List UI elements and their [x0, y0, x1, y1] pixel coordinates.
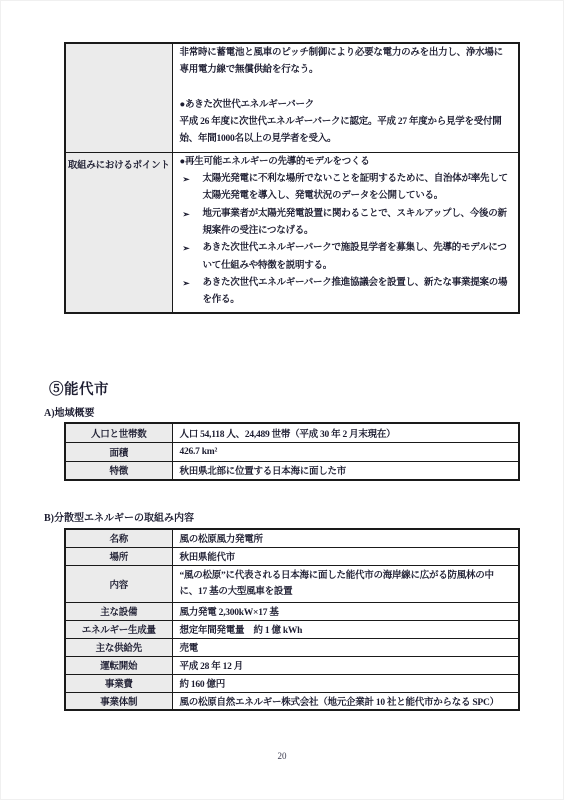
- table-row: 事業費 約 160 億円: [65, 674, 519, 692]
- row-value-cell: 秋田県能代市: [172, 547, 519, 565]
- bullet-text: あきた次世代エネルギーパークで施設見学者を募集し、先導的モデルについて仕組みや特…: [203, 243, 507, 270]
- section-heading: ⑤能代市: [49, 378, 109, 399]
- row-value-cell: 秋田県北部に位置する日本海に面した市: [172, 461, 519, 480]
- table-row: 事業体制 風の松原自然エネルギー株式会社（地元企業計 10 社と能代市からなる …: [65, 692, 519, 710]
- bullet-text: あきた次世代エネルギーパーク推進協議会を設置し、新たな事業提案の場を作る。: [203, 278, 508, 305]
- blank-line: [180, 80, 512, 97]
- table-row: 主な供給先 売電: [65, 638, 519, 656]
- page-number: 20: [1, 751, 563, 761]
- bullet-item: ➢地元事業者が太陽光発電設置に関わることで、スキルアップし、今後の新規案件の受注…: [180, 206, 512, 241]
- paragraph: ●再生可能エネルギーの先導的モデルをつくる: [180, 154, 512, 171]
- row-value-cell: “風の松原”に代表される日本海に面した能代市の海岸線に広がる防風林の中に、17 …: [172, 565, 519, 602]
- table-row: 非常時に蓄電池と風車のピッチ制御により必要な電力のみを出力し、浄水場に専用電力線…: [65, 43, 519, 152]
- row-value-cell: 売電: [172, 638, 519, 656]
- table-row: 面積 426.7 km²: [65, 442, 519, 461]
- table-row: エネルギー生成量 想定年間発電量 約 1 億 kWh: [65, 620, 519, 638]
- area-overview-table: 人口と世帯数 人口 54,118 人、24,489 世帯（平成 30 年 2 月…: [64, 422, 520, 481]
- arrow-bullet-icon: ➢: [183, 206, 190, 223]
- bullet-item: ➢あきた次世代エネルギーパークで施設見学者を募集し、先導的モデルについて仕組みや…: [180, 240, 512, 275]
- row-value-cell: ●再生可能エネルギーの先導的モデルをつくる ➢太陽光発電に不利な場所でないことを…: [172, 152, 519, 313]
- row-value-cell: 非常時に蓄電池と風車のピッチ制御により必要な電力のみを出力し、浄水場に専用電力線…: [172, 43, 519, 152]
- row-header-cell: 人口と世帯数: [65, 423, 172, 442]
- row-header-cell: 面積: [65, 442, 172, 461]
- initiatives-table: 非常時に蓄電池と風車のピッチ制御により必要な電力のみを出力し、浄水場に専用電力線…: [64, 42, 520, 314]
- row-header-cell: 事業費: [65, 674, 172, 692]
- paragraph: 非常時に蓄電池と風車のピッチ制御により必要な電力のみを出力し、浄水場に専用電力線…: [180, 45, 512, 80]
- row-header-cell: エネルギー生成量: [65, 620, 172, 638]
- row-header-cell: [65, 43, 172, 152]
- row-header-cell: 名称: [65, 529, 172, 547]
- bullet-item: ➢あきた次世代エネルギーパーク推進協議会を設置し、新たな事業提案の場を作る。: [180, 275, 512, 310]
- row-value-cell: 約 160 億円: [172, 674, 519, 692]
- energy-initiative-table: 名称 風の松原風力発電所 場所 秋田県能代市 内容 “風の松原”に代表される日本…: [64, 528, 520, 711]
- table-row: 人口と世帯数 人口 54,118 人、24,489 世帯（平成 30 年 2 月…: [65, 423, 519, 442]
- row-header-cell: 事業体制: [65, 692, 172, 710]
- arrow-bullet-icon: ➢: [183, 275, 190, 292]
- paragraph: ●あきた次世代エネルギーパーク: [180, 97, 512, 114]
- row-value-cell: 風力発電 2,300kW×17 基: [172, 602, 519, 620]
- row-header-cell: 運転開始: [65, 656, 172, 674]
- table-row: 場所 秋田県能代市: [65, 547, 519, 565]
- subsection-label-b: B)分散型エネルギーの取組み内容: [44, 509, 194, 524]
- table-row: 取組みにおけるポイント ●再生可能エネルギーの先導的モデルをつくる ➢太陽光発電…: [65, 152, 519, 313]
- row-header-cell: 主な設備: [65, 602, 172, 620]
- row-header-cell: 場所: [65, 547, 172, 565]
- table-row: 主な設備 風力発電 2,300kW×17 基: [65, 602, 519, 620]
- document-page: 非常時に蓄電池と風車のピッチ制御により必要な電力のみを出力し、浄水場に専用電力線…: [0, 0, 564, 800]
- row-header-cell: 特徴: [65, 461, 172, 480]
- paragraph: 平成 26 年度に次世代エネルギーパークに認定。平成 27 年度から見学を受付開…: [180, 114, 512, 149]
- row-value-cell: 想定年間発電量 約 1 億 kWh: [172, 620, 519, 638]
- bullet-text: 太陽光発電に不利な場所でないことを証明するために、自治体が率先して太陽光発電を導…: [203, 174, 508, 201]
- arrow-bullet-icon: ➢: [183, 240, 190, 257]
- table-row: 名称 風の松原風力発電所: [65, 529, 519, 547]
- row-value-cell: 風の松原自然エネルギー株式会社（地元企業計 10 社と能代市からなる SPC）: [172, 692, 519, 710]
- arrow-bullet-icon: ➢: [183, 171, 190, 188]
- row-value-cell: 426.7 km²: [172, 442, 519, 461]
- bullet-text: 地元事業者が太陽光発電設置に関わることで、スキルアップし、今後の新規案件の受注に…: [203, 209, 507, 236]
- bullet-item: ➢太陽光発電に不利な場所でないことを証明するために、自治体が率先して太陽光発電を…: [180, 171, 512, 206]
- row-value-cell: 風の松原風力発電所: [172, 529, 519, 547]
- row-header-cell: 内容: [65, 565, 172, 602]
- subsection-label-a: A)地域概要: [44, 404, 95, 419]
- row-value-cell: 人口 54,118 人、24,489 世帯（平成 30 年 2 月末現在）: [172, 423, 519, 442]
- table-row: 特徴 秋田県北部に位置する日本海に面した市: [65, 461, 519, 480]
- row-header-cell: 取組みにおけるポイント: [65, 152, 172, 313]
- table-row: 運転開始 平成 28 年 12 月: [65, 656, 519, 674]
- row-header-cell: 主な供給先: [65, 638, 172, 656]
- row-value-cell: 平成 28 年 12 月: [172, 656, 519, 674]
- table-row: 内容 “風の松原”に代表される日本海に面した能代市の海岸線に広がる防風林の中に、…: [65, 565, 519, 602]
